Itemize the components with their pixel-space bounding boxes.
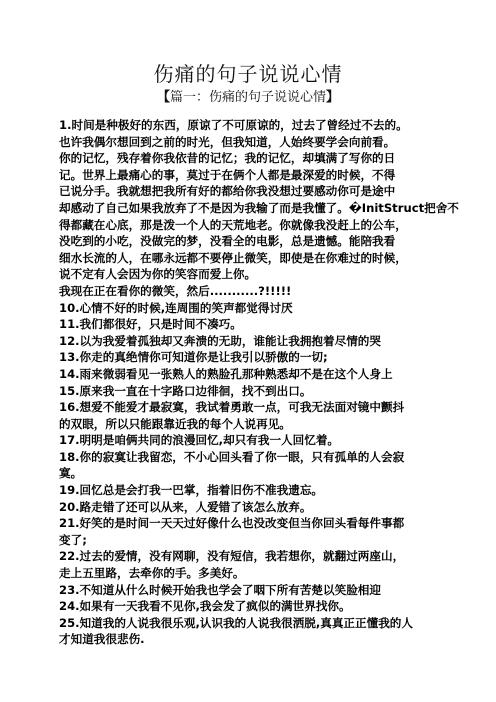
text-line: 得都藏在心底，那是泼一个人的天荒地老。你就像我没赶上的公车， [59,217,444,234]
section-heading: 【篇一：伤痛的句子说说心情】 [0,90,496,106]
document-page: 伤痛的句子说说心情 【篇一：伤痛的句子说说心情】 1.时间是种极好的东西，原谅了… [0,0,496,702]
bracket-open: 【 [157,90,170,105]
text-line: 1.时间是种极好的东西，原谅了不可原谅的，过去了曾经过不去的。 [59,117,444,134]
text-line: 17.明明是咱俩共同的浪漫回忆,却只有我一人回忆着。 [59,432,444,449]
bracket-close: 】 [326,90,339,105]
text-line: 走上五里路，去牵你的手。多美好。 [59,565,444,582]
text-line: 变了; [59,532,444,549]
text-line: 24.如果有一天我看不见你,我会发了疯似的满世界找你。 [59,598,444,615]
text-line: 20.路走错了还可以从来，人爱错了该怎么放弃。 [59,499,444,516]
text-line: 我现在正在看你的微笑，然后...........?!!!!! [59,283,444,300]
section-heading-text: 篇一：伤痛的句子说说心情 [170,90,326,105]
text-line: 15.原来我一直在十字路口边徘徊，找不到出口。 [59,383,444,400]
text-line: 13.你走的真绝情你可知道你是让我引以骄傲的一切; [59,349,444,366]
text-line: 11.我们都很好，只是时间不凑巧。 [59,316,444,333]
text-line: 说不定有人会因为你的笑容而爱上你。 [59,266,444,283]
text-line: 18.你的寂寞让我留恋，不小心回头看了你一眼，只有孤单的人会寂 [59,449,444,466]
text-line: 却感动了自己如果我放弃了不是因为我输了而是我懂了。�InitStruct把舍不 [59,200,444,217]
text-line: 23.不知道从什么时候开始我也学会了咽下所有苦楚以笑脸相迎 [59,582,444,599]
text-line: 的双眼，所以只能跟靠近我的每个人说再见。 [59,416,444,433]
text-line: 才知道我很悲伤. [59,631,444,648]
text-line: 10.心情不好的时候,连周围的笑声都觉得讨厌 [59,300,444,317]
text-line: 已说分手。我就想把我所有好的都给你我没想过要感动你可是途中 [59,183,444,200]
text-line: 也许我偶尔想回到之前的时光，但我知道，人始终要学会向前看。 [59,134,444,151]
text-line: 21.好笑的是时间一天天过好像什么也没改变但当你回头看每件事都 [59,515,444,532]
text-line: 16.想爱不能爱才最寂寞，我试着勇敢一点，可我无法面对镜中颤抖 [59,399,444,416]
text-line: 记。世界上最痛心的事，莫过于在俩个人都是最深爱的时候，不得 [59,167,444,184]
text-line: 细水长流的人，在哪永远都不要停止微笑，即使是在你难过的时候， [59,250,444,267]
text-line: 没吃到的小吃，没做完的梦，没看全的电影，总是遗憾。能陪我看 [59,233,444,250]
text-line: 14.雨来微弱看见一张熟人的熟脸孔那种熟悉却不是在这个人身上 [59,366,444,383]
body-text: 1.时间是种极好的东西，原谅了不可原谅的，过去了曾经过不去的。 也许我偶尔想回到… [59,117,444,648]
page-title: 伤痛的句子说说心情 [0,62,496,86]
text-line: 19.回忆总是会打我一巴掌，指着旧伤不准我遗忘。 [59,482,444,499]
text-line: 你的记忆，残存着你我依昔的记忆；我的记忆，却填满了写你的日 [59,150,444,167]
text-line: 寞。 [59,465,444,482]
text-line: 25.知道我的人说我很乐观,认识我的人说我很洒脱,真真正正懂我的人 [59,615,444,632]
text-line: 12.以为我爱着孤独却又奔溃的无助，谁能让我拥抱着尽情的哭 [59,333,444,350]
text-line: 22.过去的爱情，没有网聊，没有短信，我若想你，就翻过两座山， [59,548,444,565]
